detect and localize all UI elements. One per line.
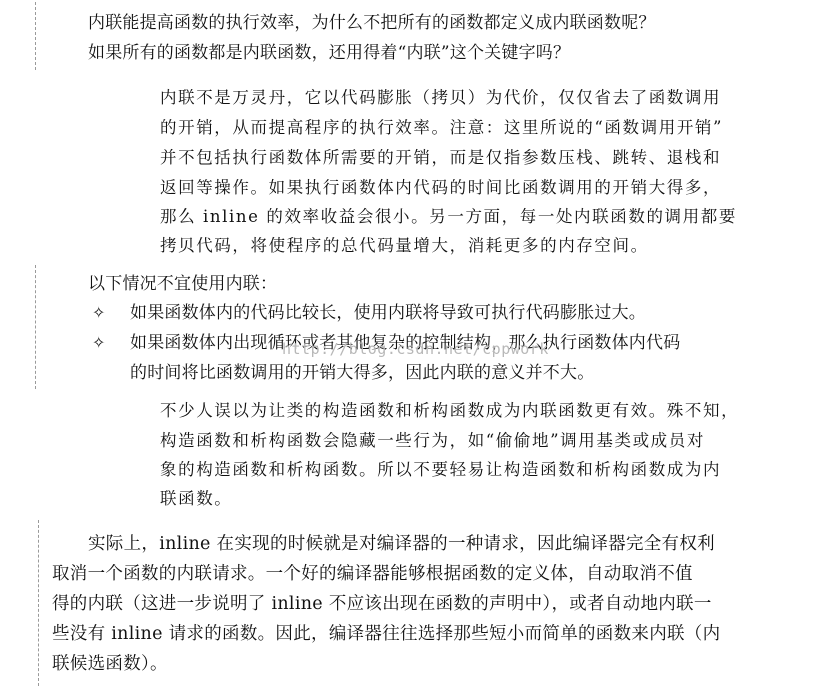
case-item-line: 如果函数体内的代码比较长，使用内联将导致可执行代码膨胀过大。 xyxy=(130,302,646,324)
paragraph-line: 取消一个函数的内联请求。一个好的编译器能够根据函数的定义体，自动取消不值 xyxy=(52,563,693,585)
paragraph-line: 联候选函数）。 xyxy=(52,653,168,675)
paragraph-line: 些没有 inline 请求的函数。因此，编译器往往选择那些短小而简单的函数来内联… xyxy=(52,623,720,645)
diamond-bullet-icon: ✧ xyxy=(92,332,105,354)
note-line: 不少人误以为让类的构造函数和析构函数成为内联函数更有效。殊不知， xyxy=(160,400,739,422)
answer-line: 并不包括执行函数体所需要的开销，而是仅指参数压栈、跳转、退栈和 xyxy=(160,147,721,169)
margin-marker-bottom xyxy=(38,520,39,686)
answer-line: 那么 inline 的效率收益会很小。另一方面，每一处内联函数的调用都要 xyxy=(160,206,737,228)
intro-line: 内联能提高函数的执行效率，为什么不把所有的函数都定义成内联函数呢？ xyxy=(88,12,656,34)
note-line: 象的构造函数和析构函数。所以不要轻易让构造函数和析构函数成为内 xyxy=(160,459,721,481)
answer-line: 内联不是万灵丹，它以代码膨胀（拷贝）为代价，仅仅省去了函数调用 xyxy=(160,87,721,109)
note-line: 构造函数和析构函数会隐藏一些行为，如“偷偷地”调用基类或成员对 xyxy=(160,430,705,452)
diamond-bullet-icon: ✧ xyxy=(92,302,105,324)
margin-marker-middle xyxy=(35,265,36,389)
answer-line: 返回等操作。如果执行函数体内代码的时间比函数调用的开销大得多， xyxy=(160,177,721,199)
paragraph-line: 得的内联（这进一步说明了 inline 不应该出现在函数的声明中），或者自动地内… xyxy=(52,593,712,615)
answer-line: 的开销，从而提高程序的执行效率。注意：这里所说的“函数调用开销” xyxy=(160,117,723,139)
margin-marker-top xyxy=(35,2,36,70)
cases-heading: 以下情况不宜使用内联： xyxy=(88,273,277,295)
case-item-line: 的时间将比函数调用的开销大得多，因此内联的意义并不大。 xyxy=(130,362,594,384)
paragraph-line: 实际上，inline 在实现的时候就是对编译器的一种请求，因此编译器完全有权利 xyxy=(88,533,715,555)
note-line: 联函数。 xyxy=(160,488,232,510)
watermark-text: http://blog.csdn.net/cppwork xyxy=(282,340,549,358)
answer-line: 拷贝代码，将使程序的总代码量增大，消耗更多的内存空间。 xyxy=(160,235,649,257)
intro-line: 如果所有的函数都是内联函数，还用得着“内联”这个关键字吗？ xyxy=(88,42,570,64)
